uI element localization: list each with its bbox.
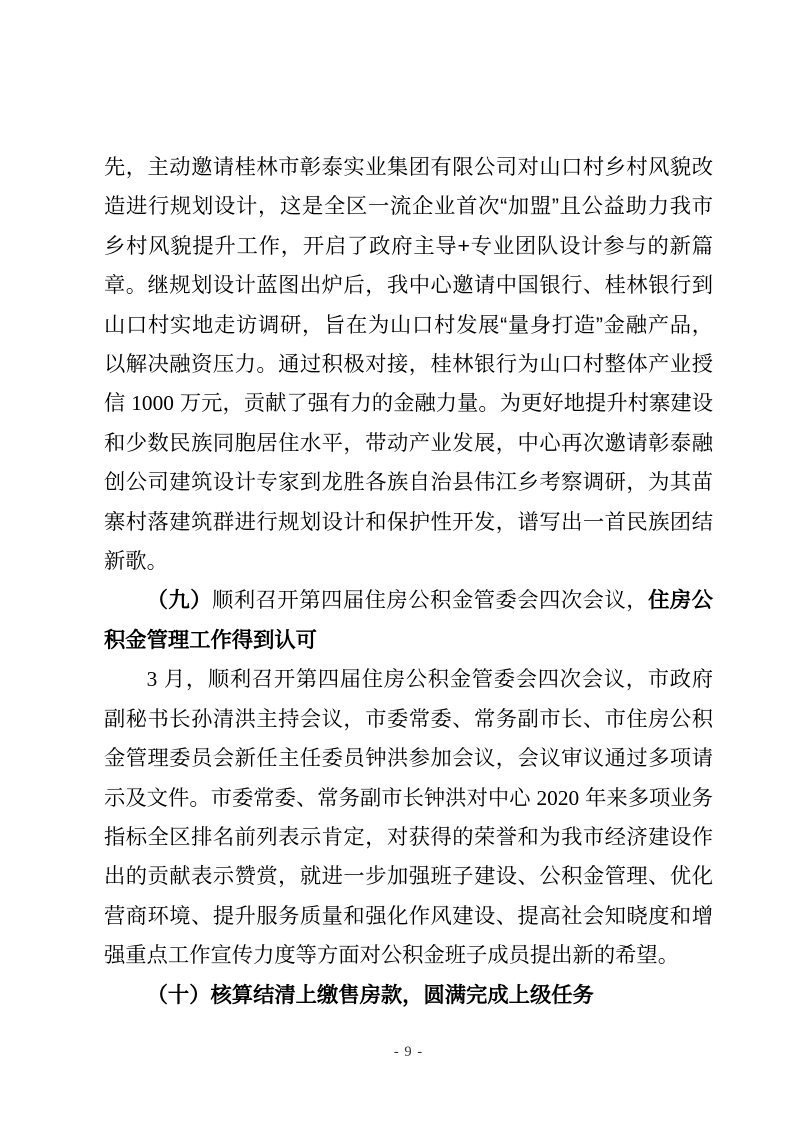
text-line: 以解决融资压力。通过积极对接，桂林银行为山口村整体产业授 — [104, 345, 713, 384]
text-line: （十）核算结清上缴售房款，圆满完成上级任务 — [104, 976, 713, 1015]
text-line: 指标全区排名前列表示肯定，对获得的荣誉和为我市经济建设作 — [104, 818, 713, 857]
text-line: 信 1000 万元，贡献了强有力的金融力量。为更好地提升村寨建设 — [104, 384, 713, 423]
text-segment: 章。继规划设计蓝图出炉后，我中心邀请中国银行、桂林银行到 — [104, 273, 713, 297]
text-segment: 2020 — [537, 786, 580, 810]
text-segment: 金管理委员会新任主任委员钟洪参加会议，会议审议通过多项请 — [104, 746, 713, 770]
text-segment: 信 — [104, 391, 131, 415]
text-line: 寨村落建筑群进行规划设计和保护性开发，谱写出一首民族团结 — [104, 503, 713, 542]
text-segment: 创公司建筑设计专家到龙胜各族自治县伟江乡考察调研，为其苗 — [104, 470, 713, 494]
text-segment: 出的贡献表示赞赏，就进一步加强班子建设、公积金管理、优化 — [104, 864, 713, 888]
text-segment: 示及文件。市委常委、常务副市长钟洪对中心 — [104, 786, 537, 810]
text-segment: 年来多项业务 — [579, 786, 713, 810]
text-segment: 造进行规划设计，这是全区一流企业首次“加盟”且公益助力我市 — [104, 194, 713, 218]
text-line: 示及文件。市委常委、常务副市长钟洪对中心 2020 年来多项业务 — [104, 779, 713, 818]
text-line: 章。继规划设计蓝图出炉后，我中心邀请中国银行、桂林银行到 — [104, 266, 713, 305]
text-segment: 月，顺利召开第四届住房公积金管委会四次会议，市政府 — [157, 667, 713, 691]
text-segment: 1000 — [131, 391, 174, 415]
text-segment: 寨村落建筑群进行规划设计和保护性开发，谱写出一首民族团结 — [104, 510, 713, 534]
bold-text-segment: 积金管理工作得到认可 — [104, 628, 317, 652]
body-text: 先，主动邀请桂林市彰泰实业集团有限公司对山口村乡村风貌改造进行规划设计，这是全区… — [104, 148, 713, 1015]
text-segment: 先，主动邀请桂林市彰泰实业集团有限公司对山口村乡村风貌改 — [104, 155, 713, 179]
text-line: 强重点工作宣传力度等方面对公积金班子成员提出新的希望。 — [104, 936, 713, 975]
text-segment: 强重点工作宣传力度等方面对公积金班子成员提出新的希望。 — [104, 943, 679, 967]
document-page: 先，主动邀请桂林市彰泰实业集团有限公司对山口村乡村风貌改造进行规划设计，这是全区… — [0, 0, 800, 1132]
text-segment: 3 — [147, 667, 158, 691]
text-line: 金管理委员会新任主任委员钟洪参加会议，会议审议通过多项请 — [104, 739, 713, 778]
text-segment: 和少数民族同胞居住水平，带动产业发展，中心再次邀请彰泰融 — [104, 431, 713, 455]
text-segment: 营商环境、提升服务质量和强化作风建设、提高社会知晓度和增 — [104, 904, 713, 928]
text-line: 副秘书长孙清洪主持会议，市委常委、常务副市长、市住房公积 — [104, 700, 713, 739]
text-segment: 万元，贡献了强有力的金融力量。为更好地提升村寨建设 — [174, 391, 713, 415]
text-segment: 顺利召开第四届住房公积金管委会四次会议， — [212, 588, 648, 612]
text-segment: 新歌。 — [104, 549, 168, 573]
text-line: 创公司建筑设计专家到龙胜各族自治县伟江乡考察调研，为其苗 — [104, 463, 713, 502]
text-segment: 指标全区排名前列表示肯定，对获得的荣誉和为我市经济建设作 — [104, 825, 713, 849]
text-segment: 副秘书长孙清洪主持会议，市委常委、常务副市长、市住房公积 — [104, 707, 713, 731]
text-line: 造进行规划设计，这是全区一流企业首次“加盟”且公益助力我市 — [104, 187, 713, 226]
page-number: - 9 - — [104, 1044, 713, 1061]
text-line: 3 月，顺利召开第四届住房公积金管委会四次会议，市政府 — [104, 660, 713, 699]
text-line: 积金管理工作得到认可 — [104, 621, 713, 660]
text-line: 和少数民族同胞居住水平，带动产业发展，中心再次邀请彰泰融 — [104, 424, 713, 463]
text-line: 先，主动邀请桂林市彰泰实业集团有限公司对山口村乡村风貌改 — [104, 148, 713, 187]
text-segment: 以解决融资压力。通过积极对接，桂林银行为山口村整体产业授 — [104, 352, 713, 376]
text-segment: 山口村实地走访调研，旨在为山口村发展“量身打造”金融产品， — [104, 313, 713, 337]
text-line: （九）顺利召开第四届住房公积金管委会四次会议，住房公 — [104, 581, 713, 620]
text-line: 山口村实地走访调研，旨在为山口村发展“量身打造”金融产品， — [104, 306, 713, 345]
bold-text-segment: （九） — [147, 588, 212, 612]
bold-text-segment: 住房公 — [648, 588, 713, 612]
text-line: 新歌。 — [104, 542, 713, 581]
text-segment: 乡村风貌提升工作，开启了政府主导+专业团队设计参与的新篇 — [104, 234, 713, 258]
text-line: 营商环境、提升服务质量和强化作风建设、提高社会知晓度和增 — [104, 897, 713, 936]
text-line: 乡村风貌提升工作，开启了政府主导+专业团队设计参与的新篇 — [104, 227, 713, 266]
text-line: 出的贡献表示赞赏，就进一步加强班子建设、公积金管理、优化 — [104, 857, 713, 896]
bold-text-segment: （十）核算结清上缴售房款，圆满完成上级任务 — [147, 983, 594, 1007]
